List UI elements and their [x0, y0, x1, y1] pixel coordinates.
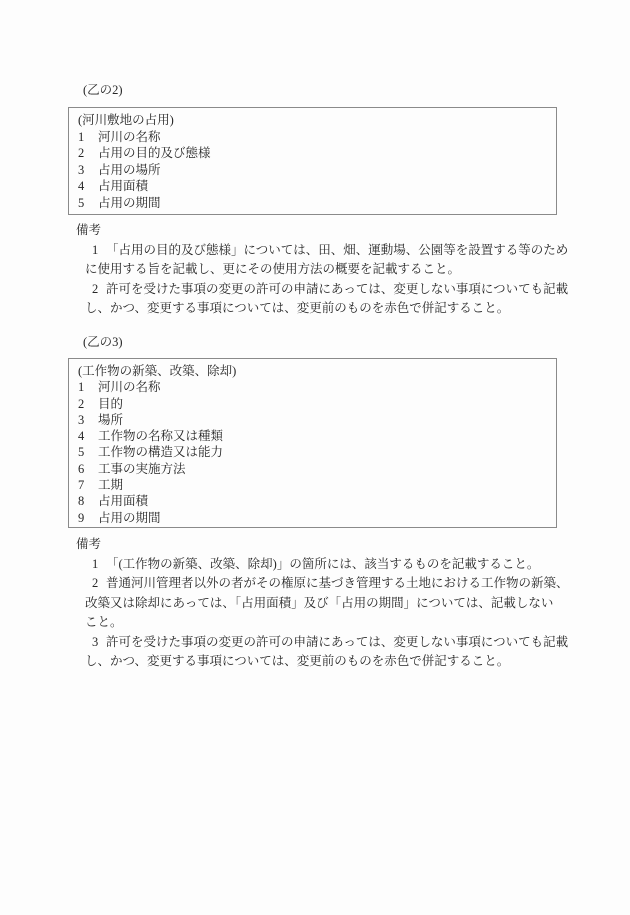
note-number: 2 [92, 574, 106, 594]
box-title: (河川敷地の占用) [78, 112, 556, 129]
box-item: 5 占用の期間 [78, 195, 556, 212]
note-continuation-line: し、かつ、変更する事項については、変更前のものを赤色で併記すること。 [85, 299, 613, 319]
item-number: 5 [78, 195, 98, 212]
notes-heading: 備考 [76, 535, 613, 555]
box-item: 5 工作物の構造又は能力 [78, 444, 556, 460]
note-number: 3 [92, 633, 106, 653]
note-item-line: 1 「(工作物の新築、改築、除却)」の箇所には、該当するものを記載すること。 [92, 555, 613, 575]
box-item: 7 工期 [78, 477, 556, 493]
item-number: 9 [78, 510, 98, 526]
item-number: 7 [78, 477, 98, 493]
notes-heading: 備考 [76, 221, 613, 241]
note-number: 2 [92, 280, 106, 300]
note-item-line: 2 普通河川管理者以外の者がその権原に基づき管理する土地における工作物の新築、 [92, 574, 613, 594]
box-item: 2 目的 [78, 396, 556, 412]
item-text: 河川の名称 [98, 129, 161, 146]
item-number: 2 [78, 396, 98, 412]
item-text: 工作物の名称又は種類 [98, 428, 223, 444]
item-number: 8 [78, 493, 98, 509]
box-item: 4 占用面積 [78, 178, 556, 195]
section2-label: (乙の3) [83, 335, 123, 350]
box-item: 3 場所 [78, 412, 556, 428]
box-title-text: (河川敷地の占用) [78, 112, 174, 129]
item-text: 工期 [98, 477, 123, 493]
section1-items-box: (河川敷地の占用) 1 河川の名称 2 占用の目的及び態様 3 占用の場所 4 … [68, 107, 557, 215]
note-text: 普通河川管理者以外の者がその権原に基づき管理する土地における工作物の新築、 [106, 574, 569, 594]
document-page: (乙の2) (河川敷地の占用) 1 河川の名称 2 占用の目的及び態様 3 占用… [0, 0, 630, 915]
box-item: 2 占用の目的及び態様 [78, 145, 556, 162]
note-number: 1 [92, 241, 106, 261]
box-item: 4 工作物の名称又は種類 [78, 428, 556, 444]
item-text: 河川の名称 [98, 379, 161, 395]
item-text: 工事の実施方法 [98, 461, 186, 477]
item-number: 4 [78, 178, 98, 195]
note-text: 「占用の目的及び態様」については、田、畑、運動場、公園等を設置する等のため [106, 241, 568, 261]
note-continuation-line: こと。 [85, 613, 613, 633]
box-title-text: (工作物の新築、改築、除却) [78, 363, 236, 379]
box-item: 1 河川の名称 [78, 379, 556, 395]
item-number: 3 [78, 162, 98, 179]
item-text: 占用の期間 [98, 510, 161, 526]
item-text: 目的 [98, 396, 123, 412]
section1-label: (乙の2) [83, 83, 123, 98]
item-number: 4 [78, 428, 98, 444]
box-item: 6 工事の実施方法 [78, 461, 556, 477]
item-text: 占用の期間 [98, 195, 161, 212]
item-number: 5 [78, 444, 98, 460]
item-text: 工作物の構造又は能力 [98, 444, 223, 460]
note-number: 1 [92, 555, 106, 575]
item-text: 占用の場所 [98, 162, 161, 179]
note-text: 許可を受けた事項の変更の許可の申請にあっては、変更しない事項についても記載 [106, 633, 568, 653]
item-number: 2 [78, 145, 98, 162]
note-item-line: 3 許可を受けた事項の変更の許可の申請にあっては、変更しない事項についても記載 [92, 633, 613, 653]
note-item-line: 1 「占用の目的及び態様」については、田、畑、運動場、公園等を設置する等のため [92, 241, 613, 261]
item-number: 1 [78, 129, 98, 146]
section2-items-box: (工作物の新築、改築、除却) 1 河川の名称 2 目的 3 場所 4 工作物の名… [68, 358, 557, 528]
item-text: 占用面積 [98, 493, 148, 509]
item-number: 6 [78, 461, 98, 477]
note-text: 許可を受けた事項の変更の許可の申請にあっては、変更しない事項についても記載 [106, 280, 568, 300]
box-item: 3 占用の場所 [78, 162, 556, 179]
item-number: 1 [78, 379, 98, 395]
note-continuation-line: に使用する旨を記載し、更にその使用方法の概要を記載すること。 [85, 260, 613, 280]
box-item: 8 占用面積 [78, 493, 556, 509]
item-number: 3 [78, 412, 98, 428]
item-text: 占用の目的及び態様 [98, 145, 211, 162]
box-item: 9 占用の期間 [78, 510, 556, 526]
item-text: 場所 [98, 412, 123, 428]
note-continuation-line: 改築又は除却にあっては、「占用面積」及び「占用の期間」については、記載しない [85, 594, 613, 614]
box-title: (工作物の新築、改築、除却) [78, 363, 556, 379]
note-text: 「(工作物の新築、改築、除却)」の箇所には、該当するものを記載すること。 [106, 555, 539, 575]
note-continuation-line: し、かつ、変更する事項については、変更前のものを赤色で併記すること。 [85, 652, 613, 672]
section1-notes: 備考 1 「占用の目的及び態様」については、田、畑、運動場、公園等を設置する等の… [68, 221, 613, 319]
note-item-line: 2 許可を受けた事項の変更の許可の申請にあっては、変更しない事項についても記載 [92, 280, 613, 300]
item-text: 占用面積 [98, 178, 148, 195]
section2-notes: 備考 1 「(工作物の新築、改築、除却)」の箇所には、該当するものを記載すること… [68, 535, 613, 672]
box-item: 1 河川の名称 [78, 129, 556, 146]
